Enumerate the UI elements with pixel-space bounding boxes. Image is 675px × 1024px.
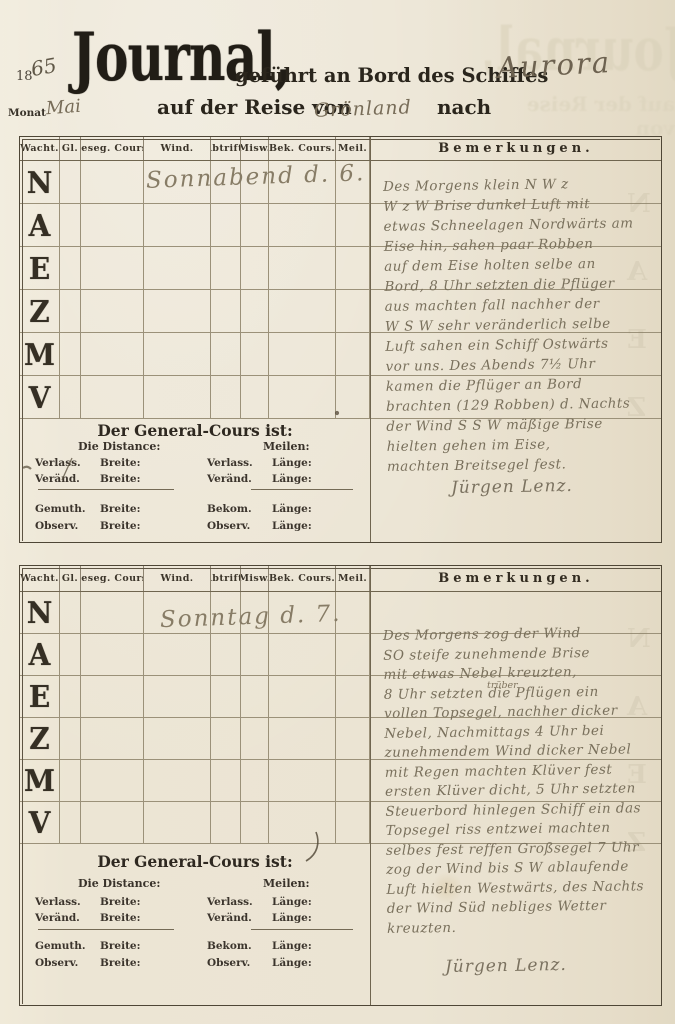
scanned-logbook-page: { "page": { "year_printed": "18", "year_… — [0, 0, 675, 1024]
column-header: Bek. Cours. — [269, 137, 336, 160]
general-cours-section: Der General-Cours ist: Die Distance: Mei… — [20, 419, 370, 542]
column-header: Wacht. — [20, 137, 60, 160]
rule-line — [38, 929, 174, 930]
remarks-header: Bemerkungen. — [371, 137, 661, 161]
log-block-sunday: Wacht.Gl.Geseg. Cours.Wind.Abtrift.Misw.… — [19, 565, 662, 1006]
ship-name-handwritten: Aurora — [496, 45, 612, 85]
column-header: Wind. — [144, 137, 211, 160]
column-header: Abtrift. — [211, 137, 241, 160]
meilen-label: Meilen: — [263, 877, 310, 890]
watch-letter: E — [29, 250, 50, 286]
distance-label: Die Distance: — [78, 440, 160, 453]
bleedthrough-letters: NAEZ — [627, 137, 653, 542]
bleedthrough-letter: Z — [627, 393, 646, 423]
inserted-word-handwritten: trüber — [487, 680, 518, 691]
watch-letter: V — [29, 379, 51, 415]
rule-line — [38, 489, 174, 490]
watch-letter: Z — [29, 293, 49, 329]
watch-letter: M — [24, 336, 55, 372]
handwritten-line: machten Breitsegel fest. — [387, 455, 659, 479]
route-from-handwritten: Grönland — [314, 96, 412, 121]
month-label: Monat — [8, 107, 46, 119]
watch-letter: A — [29, 637, 51, 673]
watch-letter: E — [29, 679, 50, 715]
year-handwritten: 65 — [29, 53, 58, 81]
remarks-header: Bemerkungen. — [371, 566, 661, 592]
remarks-text: Des Morgens klein N W zW z W Brise dunke… — [383, 175, 659, 479]
bleedthrough-letter: A — [627, 257, 647, 287]
handwritten-line: kreuzten. — [387, 917, 659, 940]
column-header: Gl. — [60, 566, 81, 591]
general-cours-title: Der General-Cours ist: — [20, 421, 370, 440]
column-header: Abtrift. — [211, 566, 241, 591]
rule-line — [251, 489, 353, 490]
distance-label: Die Distance: — [78, 877, 160, 890]
year-printed: 18 — [16, 69, 33, 84]
bleedthrough-letter: E — [627, 760, 647, 790]
bleedthrough-letter: N — [627, 189, 651, 219]
general-cours-title: Der General-Cours ist: — [20, 852, 370, 871]
watch-letter: M — [24, 763, 55, 799]
watch-letter: N — [27, 595, 53, 631]
bleedthrough-letter: A — [627, 692, 647, 722]
bleedthrough-letter: N — [627, 624, 651, 654]
bleedthrough-line: auf der Reise von — [495, 92, 675, 140]
signature-handwritten: Jürgen Lenz. — [451, 476, 573, 498]
remarks-text: Des Morgens zog der WindSO steife zunehm… — [383, 624, 659, 940]
year: 1865 — [16, 61, 58, 85]
signature-handwritten: Jürgen Lenz. — [445, 955, 567, 977]
watch-letter: Z — [29, 721, 49, 757]
bleedthrough-letter: E — [627, 325, 647, 355]
watch-letter: V — [29, 805, 51, 841]
remarks-panel: Bemerkungen. Des Morgens klein N W zW z … — [370, 137, 661, 542]
watch-letter: N — [27, 164, 53, 200]
column-header: Gl. — [60, 137, 81, 160]
log-block-saturday: Wacht.Gl.Geseg. Cours.Wind.Abtrift.Misw.… — [19, 136, 662, 543]
bleedthrough-letters: NAEZ — [627, 566, 653, 1005]
column-header: Meil. — [336, 566, 370, 591]
rule-line — [251, 929, 353, 930]
route-suffix: nach — [437, 95, 491, 119]
watch-letter: A — [29, 207, 51, 243]
remarks-panel: Bemerkungen. Des Morgens zog der WindSO … — [370, 566, 661, 1005]
column-header: Misw. — [241, 566, 269, 591]
column-header: Meil. — [336, 137, 370, 160]
meilen-label: Meilen: — [263, 440, 310, 453]
column-header: Geseg. Cours. — [81, 566, 144, 591]
month-value-handwritten: Mai — [45, 96, 81, 119]
column-header: Bek. Cours. — [269, 566, 336, 591]
column-header: Misw. — [241, 137, 269, 160]
column-header: Wind. — [144, 566, 211, 591]
bleedthrough-letter: Z — [627, 828, 646, 858]
column-header: Wacht. — [20, 566, 60, 591]
column-header: Geseg. Cours. — [81, 137, 144, 160]
general-cours-section: Der General-Cours ist: Die Distance: Mei… — [20, 844, 370, 1005]
